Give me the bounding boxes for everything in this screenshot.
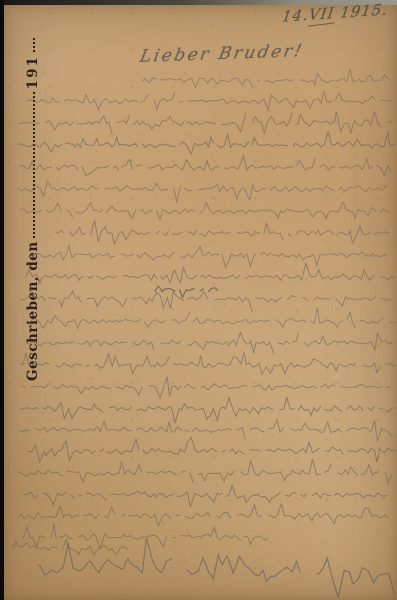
printed-label: Geschrieben, den — [25, 241, 41, 381]
scanned-postcard: Geschrieben, den 191 14.VII 1915. Lieber… — [0, 0, 397, 600]
dotted-leader — [33, 92, 35, 238]
printed-date-line: Geschrieben, den 191 — [25, 36, 41, 381]
dotted-leader-short — [33, 38, 35, 52]
postcard-paper — [4, 5, 397, 600]
printed-year-prefix: 191 — [25, 55, 41, 89]
scan-left-edge — [0, 0, 4, 600]
